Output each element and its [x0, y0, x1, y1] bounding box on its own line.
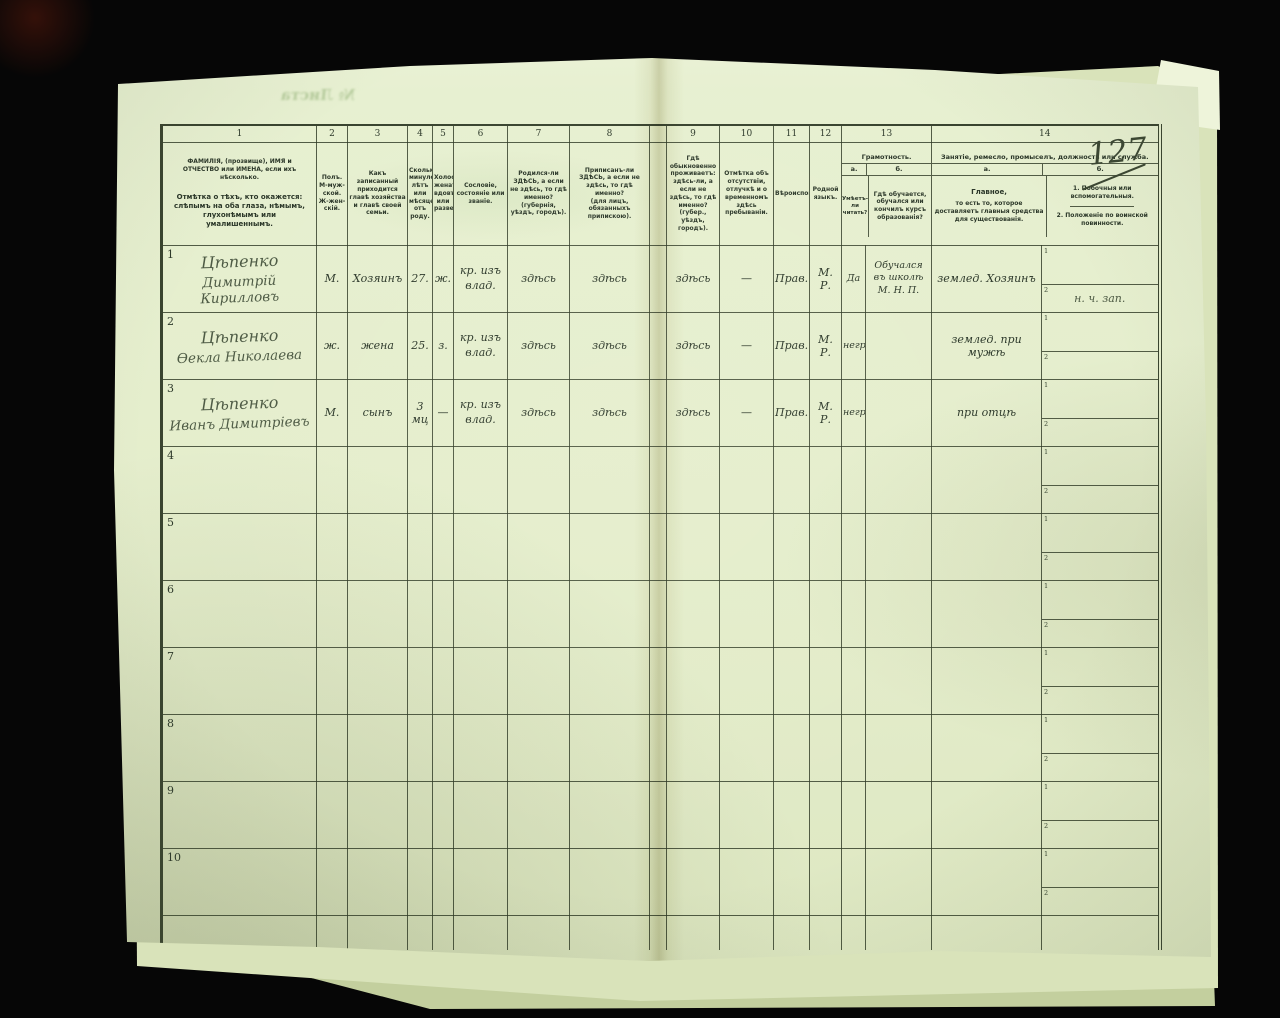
name-cell: 7 — [162, 647, 317, 714]
fold-gutter-cell — [650, 580, 667, 647]
religion-entry: Прав. — [774, 245, 810, 312]
table-row: 3 Цѣпенко Иванъ Димитріевъ М. сынъ 3 мц … — [162, 379, 1160, 446]
fold-gutter-cell — [650, 781, 667, 848]
marital-entry: з. — [433, 312, 454, 379]
side-occupation-cell: 1 2 — [1042, 379, 1160, 446]
side-occupation-cell: 1 2 — [1042, 848, 1160, 915]
given-name-entry: Иванъ Димитріевъ — [167, 413, 312, 434]
col-number: 11 — [774, 125, 810, 143]
birthplace-entry: здѣсь — [508, 312, 570, 379]
table-row: 1 Цѣпенко Димитрій Кирилловъ М. Хозяинъ … — [162, 245, 1160, 312]
row-number: 5 — [167, 516, 174, 529]
header-birthplace: Родился-ли ЗДѢСЬ, а если не здѣсь, то гд… — [508, 143, 570, 246]
sub-row-label: 2 — [1044, 688, 1048, 696]
fold-gutter-cell — [650, 245, 667, 312]
can-read-entry: негр. — [842, 379, 866, 446]
row-number: 2 — [167, 315, 174, 328]
sub-row-label: 1 — [1044, 850, 1048, 858]
name-cell: 5 — [162, 513, 317, 580]
col-number: 8 — [570, 125, 650, 143]
header-literacy-title: Грамотность. — [842, 151, 931, 164]
military-status-entry: н. ч. зап. — [1074, 292, 1125, 305]
table-row: 5 1 2 — [162, 513, 1160, 580]
fold-gutter-cell — [650, 714, 667, 781]
header-age: Сколько минуло лѣтъ или мѣсяцевъ отъ род… — [408, 143, 433, 246]
header-name-main: ФАМИЛІЯ, (прозвище), ИМЯ и ОТЧЕСТВО или … — [169, 158, 310, 181]
header-row: ФАМИЛІЯ, (прозвище), ИМЯ и ОТЧЕСТВО или … — [162, 143, 1160, 246]
residence-entry: здѣсь — [667, 312, 720, 379]
marital-entry: — — [433, 379, 454, 446]
estate-entry: кр. изъ влад. — [454, 245, 508, 312]
header-education: Гдѣ обучается, обучался или кончилъ курс… — [869, 176, 931, 237]
fold-gutter-cell — [650, 312, 667, 379]
col-number: 6 — [454, 125, 508, 143]
side-occupation-cell: 1 2 — [1042, 714, 1160, 781]
header-marital: Холостъ, женатъ, вдовъ или разведенъ. — [433, 143, 454, 246]
col-number: 9 — [667, 125, 720, 143]
name-cell: 1 Цѣпенко Димитрій Кирилловъ — [162, 245, 317, 312]
relation-entry: жена — [348, 312, 408, 379]
relation-entry: сынъ — [348, 379, 408, 446]
col-number: 5 — [433, 125, 454, 143]
religion-entry: Прав. — [774, 379, 810, 446]
header-relation: Какъ записанный приходится главѣ хозяйст… — [348, 143, 408, 246]
side-occupation-cell: 1 2 — [1042, 781, 1160, 848]
side-occupation-cell: 1 2 — [1042, 580, 1160, 647]
relation-entry: Хозяинъ — [348, 245, 408, 312]
col-number: 12 — [810, 125, 842, 143]
side-occupation-cell: 1 2 — [1042, 446, 1160, 513]
age-entry: 27. — [408, 245, 433, 312]
sub-row-label: 2 — [1044, 621, 1048, 629]
bleedthrough-text: № Листа — [214, 86, 356, 104]
header-occupation-letter-a: а. — [932, 164, 1043, 174]
side-occupation-cell: 1 2 — [1042, 647, 1160, 714]
row-number: 3 — [167, 382, 174, 395]
census-table: 1 2 3 4 5 6 7 8 9 10 11 12 13 14 ФАМИЛІЯ… — [160, 124, 1162, 950]
name-cell: 10 — [162, 848, 317, 915]
religion-entry: Прав. — [774, 312, 810, 379]
header-religion: Вѣроисповѣданіе. — [774, 143, 810, 246]
row-number: 9 — [167, 784, 174, 797]
side-occupation-cell: 1 2н. ч. зап. — [1042, 245, 1160, 312]
name-cell: 2 Цѣпенко Ѳекла Николаева — [162, 312, 317, 379]
table-row: 4 1 2 — [162, 446, 1160, 513]
header-occupation-side-1: 1. Побочныя или вспомогательныя. — [1049, 185, 1156, 201]
sub-row-label: 2 — [1044, 889, 1048, 897]
col-number: 2 — [317, 125, 348, 143]
sub-row-label: 2 — [1044, 755, 1048, 763]
header-occupation-side: 1. Побочныя или вспомогательныя. 2. Поло… — [1047, 176, 1158, 237]
col-number: 10 — [720, 125, 774, 143]
name-cell: 4 — [162, 446, 317, 513]
row-number: 8 — [167, 717, 174, 730]
col-number: 3 — [348, 125, 408, 143]
registration-entry: здѣсь — [570, 245, 650, 312]
residence-entry: здѣсь — [667, 379, 720, 446]
estate-entry: кр. изъ влад. — [454, 379, 508, 446]
name-cell: 3 Цѣпенко Иванъ Димитріевъ — [162, 379, 317, 446]
header-occupation-main-desc: то есть то, которое доставляетъ главныя … — [934, 200, 1044, 224]
registration-entry: здѣсь — [570, 379, 650, 446]
sub-row-label: 1 — [1044, 582, 1048, 590]
sub-row-label: 1 — [1044, 448, 1048, 456]
sub-row-label: 2 — [1044, 420, 1048, 428]
header-registration: Приписанъ-ли ЗДѢСЬ, а если не здѣсь, то … — [570, 143, 650, 246]
can-read-entry: Да — [842, 245, 866, 312]
name-cell: 8 — [162, 714, 317, 781]
sub-row-label: 2 — [1044, 286, 1048, 294]
sub-row-label: 1 — [1044, 247, 1048, 255]
header-literacy-letter-a: а. — [842, 164, 867, 174]
occupation-entry: землед. Хозяинъ — [932, 245, 1042, 312]
header-occupation-side-2: 2. Положеніе по воинской повинности. — [1049, 212, 1156, 228]
residence-entry: здѣсь — [667, 245, 720, 312]
header-name-column: ФАМИЛІЯ, (прозвище), ИМЯ и ОТЧЕСТВО или … — [162, 143, 317, 246]
occupation-entry: землед. при мужѣ — [932, 312, 1042, 379]
header-absence: Отмѣтка объ отсутствіи, отлучкѣ и о врем… — [720, 143, 774, 246]
surname-entry: Цѣпенко — [167, 324, 313, 348]
sex-entry: М. — [317, 245, 348, 312]
row-number: 6 — [167, 583, 174, 596]
header-occupation-main: Главное, то есть то, которое доставляетъ… — [932, 176, 1047, 237]
header-residence: Гдѣ обыкновенно проживаетъ: здѣсь-ли, а … — [667, 143, 720, 246]
estate-entry: кр. изъ влад. — [454, 312, 508, 379]
surname-entry: Цѣпенко — [167, 391, 313, 415]
language-entry: М. Р. — [810, 379, 842, 446]
sub-row-label: 1 — [1044, 716, 1048, 724]
photo-background: № Листа 1 2 3 4 5 6 7 8 9 — [0, 0, 1280, 1018]
header-estate: Сословіе, состояніе или званіе. — [454, 143, 508, 246]
sub-row-label: 1 — [1044, 314, 1048, 322]
fold-gutter-cell — [650, 143, 667, 246]
language-entry: М. Р. — [810, 312, 842, 379]
age-entry: 3 мц — [408, 379, 433, 446]
registration-entry: здѣсь — [570, 312, 650, 379]
table-row: 9 1 2 — [162, 781, 1160, 848]
census-form-page: № Листа 1 2 3 4 5 6 7 8 9 — [0, 0, 1280, 1018]
table-row: 6 1 2 — [162, 580, 1160, 647]
row-number: 7 — [167, 650, 174, 663]
column-number-row: 1 2 3 4 5 6 7 8 9 10 11 12 13 14 — [162, 125, 1160, 143]
header-language: Родной языкъ. — [810, 143, 842, 246]
header-occupation-main-word: Главное, — [971, 188, 1007, 197]
sub-row-label: 2 — [1044, 554, 1048, 562]
header-sex: Полъ. М-муж-ской. Ж-жен-скій. — [317, 143, 348, 246]
marital-entry: ж. — [433, 245, 454, 312]
row-number: 4 — [167, 449, 174, 462]
absence-entry: — — [720, 312, 774, 379]
fold-gutter-cell — [650, 848, 667, 915]
birthplace-entry: здѣсь — [508, 245, 570, 312]
birthplace-entry: здѣсь — [508, 379, 570, 446]
table-row: 8 1 2 — [162, 714, 1160, 781]
sex-entry: ж. — [317, 312, 348, 379]
language-entry: М. Р. — [810, 245, 842, 312]
sex-entry: М. — [317, 379, 348, 446]
sub-row-label: 1 — [1044, 649, 1048, 657]
fold-gutter-cell — [650, 446, 667, 513]
table-row: 7 1 2 — [162, 647, 1160, 714]
education-entry — [866, 312, 932, 379]
header-literacy-letter-b: б. — [867, 164, 931, 174]
absence-entry: — — [720, 245, 774, 312]
header-can-read: Умѣетъ-ли читать? — [842, 176, 869, 237]
given-name-entry: Димитрій Кирилловъ — [166, 271, 312, 308]
col-number: 7 — [508, 125, 570, 143]
table-row: 2 Цѣпенко Ѳекла Николаева ж. жена 25. з.… — [162, 312, 1160, 379]
name-cell: 9 — [162, 781, 317, 848]
given-name-entry: Ѳекла Николаева — [167, 346, 312, 367]
absence-entry: — — [720, 379, 774, 446]
fold-gutter-cell — [650, 379, 667, 446]
fold-gutter-cell — [650, 125, 667, 143]
name-cell: 6 — [162, 580, 317, 647]
fold-gutter-cell — [650, 513, 667, 580]
side-occupation-cell: 1 2 — [1042, 312, 1160, 379]
surname-entry: Цѣпенко — [167, 249, 313, 273]
occupation-entry: при отцѣ — [932, 379, 1042, 446]
col-number: 1 — [162, 125, 317, 143]
can-read-entry: негр. — [842, 312, 866, 379]
col-number: 13 — [842, 125, 932, 143]
sub-row-label: 1 — [1044, 783, 1048, 791]
fold-gutter-cell — [650, 647, 667, 714]
education-entry: Обучался въ школѣ М. Н. П. — [866, 245, 932, 312]
education-entry — [866, 379, 932, 446]
table-edge-extension-row — [162, 915, 1160, 950]
side-occupation-cell: 1 2 — [1042, 513, 1160, 580]
age-entry: 25. — [408, 312, 433, 379]
col-number: 4 — [408, 125, 433, 143]
sub-row-label: 1 — [1044, 381, 1048, 389]
sub-row-label: 2 — [1044, 353, 1048, 361]
header-divider-line — [1070, 206, 1134, 207]
sub-row-label: 2 — [1044, 822, 1048, 830]
sub-row-label: 2 — [1044, 487, 1048, 495]
row-number: 10 — [167, 851, 181, 864]
table-row: 10 1 2 — [162, 848, 1160, 915]
header-name-note: Отмѣтка о тѣхъ, кто окажется: слѣпымъ на… — [169, 193, 310, 229]
sub-row-label: 1 — [1044, 515, 1048, 523]
header-literacy-group: Грамотность. а. б. Умѣетъ-ли читать? Гдѣ… — [842, 143, 932, 246]
